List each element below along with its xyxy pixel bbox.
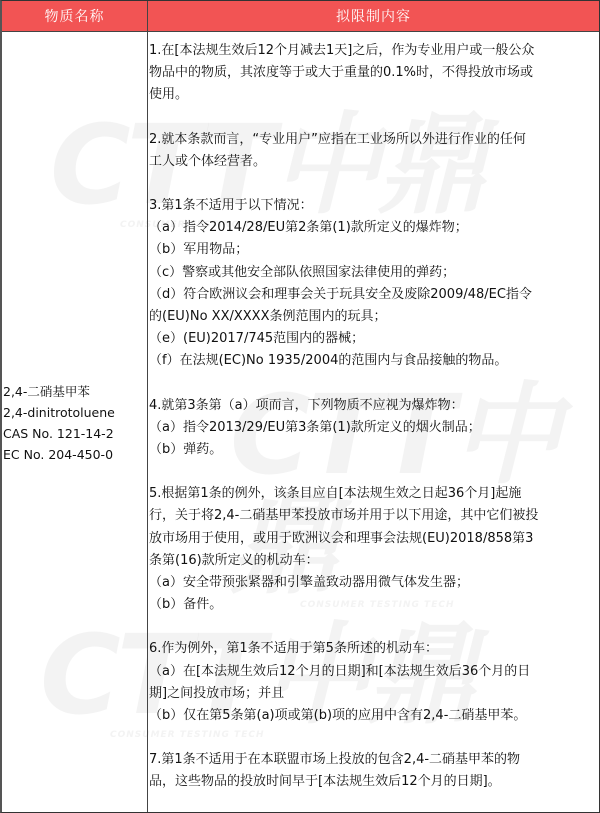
table-header: 物质名称 拟限制内容 bbox=[2, 1, 599, 32]
clause-3: 3.第1条不适用于以下情况： （a）指令2014/28/EU第2条第(1)款所定… bbox=[149, 195, 595, 373]
clause-line: 工人或个体经营者。 bbox=[149, 151, 595, 173]
clause-item: （a）指令2013/29/EU第3条第(1)款所定义的烟火制品； bbox=[149, 417, 595, 439]
header-substance-name: 物质名称 bbox=[2, 1, 148, 31]
clause-line: 使用。 bbox=[149, 84, 595, 106]
clause-line: 1.在[本法规生效后12个月减去1天]之后，作为专业用户或一般公众 bbox=[149, 40, 595, 62]
substance-ec-number: EC No. 204-450-0 bbox=[3, 444, 147, 465]
substance-cell: 2,4-二硝基甲苯 2,4-dinitrotoluene CAS No. 121… bbox=[2, 32, 148, 812]
substance-name-en: 2,4-dinitrotoluene bbox=[3, 402, 147, 423]
clause-4: 4.就第3条第（a）项而言，下列物质不应视为爆炸物： （a）指令2013/29/… bbox=[149, 395, 595, 462]
clause-line: 放市场用于使用，或用于欧洲议会和理事会法规(EU)2018/858第3 bbox=[149, 528, 595, 550]
clause-item: （b）备件。 bbox=[149, 594, 595, 616]
clause-line: 6.作为例外，第1条不适用于第5条所述的机动车： bbox=[149, 638, 595, 660]
clause-line: 4.就第3条第（a）项而言，下列物质不应视为爆炸物： bbox=[149, 395, 595, 417]
clause-line: 行，关于将2,4-二硝基甲苯投放市场并用于以下用途，其中它们被投 bbox=[149, 505, 595, 527]
restriction-table: 物质名称 拟限制内容 2,4-二硝基甲苯 2,4-dinitrotoluene … bbox=[0, 0, 600, 813]
clause-7: 7.第1条不适用于在本联盟市场上投放的包含2,4-二硝基甲苯的物 品，这些物品的… bbox=[149, 749, 595, 793]
clause-item: （f）在法规(EC)No 1935/2004的范围内与食品接触的物品。 bbox=[149, 350, 595, 372]
clause-line: 品，这些物品的投放时间早于[本法规生效后12个月的日期]。 bbox=[149, 771, 595, 793]
clause-line: 条第(16)款所定义的机动车： bbox=[149, 550, 595, 572]
clause-item: （a）安全带预张紧器和引擎盖致动器用微气体发生器； bbox=[149, 572, 595, 594]
clause-2: 2.就本条款而言，“专业用户”应指在工业场所以外进行作业的任何 工人或个体经营者… bbox=[149, 129, 595, 173]
clause-item: （b）军用物品； bbox=[149, 239, 595, 261]
restriction-content-cell: 1.在[本法规生效后12个月减去1天]之后，作为专业用户或一般公众 物品中的物质… bbox=[148, 32, 599, 812]
header-restriction-content: 拟限制内容 bbox=[148, 1, 599, 31]
clause-item: （b）弹药。 bbox=[149, 439, 595, 461]
clause-item: （e）(EU)2017/745范围内的器械； bbox=[149, 328, 595, 350]
clause-item: （d）符合欧洲议会和理事会关于玩具安全及废除2009/48/EC指令 bbox=[149, 284, 595, 306]
clause-item: （b）仅在第5条第(a)项或第(b)项的应用中含有2,4-二硝基甲苯。 bbox=[149, 705, 595, 727]
clause-line: 物品中的物质，其浓度等于或大于重量的0.1%时，不得投放市场或 bbox=[149, 62, 595, 84]
clause-item: （a）指令2014/28/EU第2条第(1)款所定义的爆炸物； bbox=[149, 217, 595, 239]
clause-line: 2.就本条款而言，“专业用户”应指在工业场所以外进行作业的任何 bbox=[149, 129, 595, 151]
clause-line: 3.第1条不适用于以下情况： bbox=[149, 195, 595, 217]
substance-name-zh: 2,4-二硝基甲苯 bbox=[3, 381, 147, 402]
clause-line: 7.第1条不适用于在本联盟市场上投放的包含2,4-二硝基甲苯的物 bbox=[149, 749, 595, 771]
clause-1: 1.在[本法规生效后12个月减去1天]之后，作为专业用户或一般公众 物品中的物质… bbox=[149, 40, 595, 107]
clause-5: 5.根据第1条的例外，该条目应自[本法规生效之日起36个月]起施 行，关于将2,… bbox=[149, 483, 595, 616]
clause-line: 5.根据第1条的例外，该条目应自[本法规生效之日起36个月]起施 bbox=[149, 483, 595, 505]
clause-line: 期]之间投放市场；并且 bbox=[149, 683, 595, 705]
clause-line: 的(EU)No XX/XXXX条例范围内的玩具； bbox=[149, 306, 595, 328]
clause-item: （a）在[本法规生效后12个月的日期]和[本法规生效后36个月的日 bbox=[149, 661, 595, 683]
substance-cas-number: CAS No. 121-14-2 bbox=[3, 423, 147, 444]
clause-item: （c）警察或其他安全部队依照国家法律使用的弹药； bbox=[149, 262, 595, 284]
clause-6: 6.作为例外，第1条不适用于第5条所述的机动车： （a）在[本法规生效后12个月… bbox=[149, 638, 595, 727]
table-row: 2,4-二硝基甲苯 2,4-dinitrotoluene CAS No. 121… bbox=[2, 32, 599, 812]
